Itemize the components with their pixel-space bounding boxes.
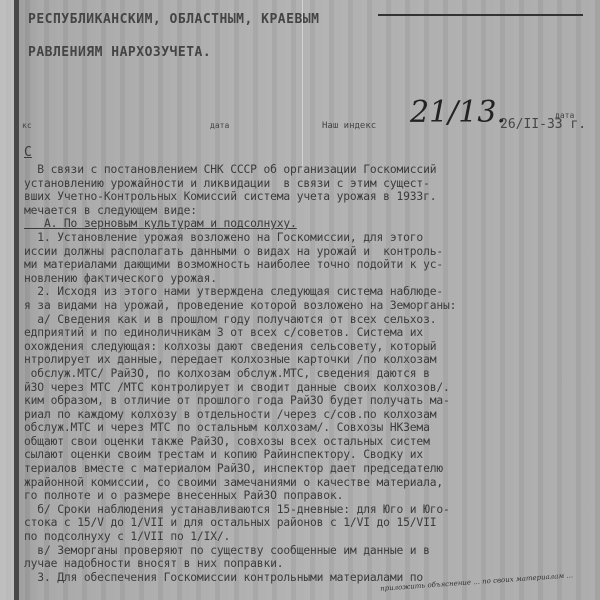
- address-line-1: РЕСПУБЛИКАНСКИМ, ОБЛАСТНЫМ, КРАЕВЫМ: [28, 12, 319, 27]
- body-line: ми материалами дающими возможность наибо…: [24, 258, 600, 272]
- date-label-left: дата: [210, 121, 229, 130]
- body-line: по подсолнуху с 1/VII по 1/IX/.: [24, 530, 600, 544]
- our-index-value: 21/13.: [410, 95, 506, 130]
- body-line: 2. Исходя из этого нами утверждена следу…: [24, 285, 600, 299]
- address-line-2: РАВЛЕНИЯМ НАРХОЗУЧЕТА.: [28, 45, 211, 60]
- body-line: йЗО через МТС /МТС контролирует и сводит…: [24, 381, 600, 395]
- body-line: б/ Сроки наблюдения устанавливаются 15-д…: [24, 503, 600, 517]
- body-line: охождения следующая: колхозы дают сведен…: [24, 340, 600, 354]
- body-line: А. По зерновым культурам и подсолнуху.: [24, 217, 600, 231]
- body-line: общают свои оценки также РайЗО, совхозы …: [24, 435, 600, 449]
- document-body: В связи с постановлением СНК СССР об орг…: [24, 163, 600, 584]
- body-line: лучае надобности вносят в них поправки.: [24, 557, 600, 571]
- our-index-label: Наш индекс: [322, 121, 376, 131]
- body-line: В связи с постановлением СНК СССР об орг…: [24, 163, 600, 177]
- body-line: мечается в следующем виде:: [24, 204, 600, 218]
- body-line: новлению фактического урожая.: [24, 272, 600, 286]
- binding-shadow: [14, 0, 19, 600]
- body-line: а/ Сведения как и в прошлом году получаю…: [24, 313, 600, 327]
- document-date: 26/II-33 г.: [500, 117, 586, 132]
- reference-label: кс: [22, 121, 32, 130]
- body-line: обслуж.МТС/ РайЗО, по колхозам обслуж.МТ…: [24, 367, 600, 381]
- body-line: стока с 15/V до 1/VII и для остальных ра…: [24, 516, 600, 530]
- body-line: иссии должны располагать данными о видах…: [24, 245, 600, 259]
- body-line: сылают оценки своим трестам и копию Райи…: [24, 448, 600, 462]
- body-line: едприятий и по единоличникам 3 от всех с…: [24, 326, 600, 340]
- body-line: вших Учетно-Контрольных Комиссий система…: [24, 190, 600, 204]
- handwritten-underline: [378, 14, 583, 16]
- body-line: ким образом, в отличие от прошлого года …: [24, 394, 600, 408]
- body-line: териалов вместе с материалом РайЗО, инсп…: [24, 462, 600, 476]
- body-line: жрайонной комиссии, со своими замечаниям…: [24, 476, 600, 490]
- body-line: риал по каждому колхозу в отдельности /ч…: [24, 408, 600, 422]
- body-line: го полноте и о размере внесенных РайЗО п…: [24, 489, 600, 503]
- section-mark: С: [24, 145, 32, 160]
- body-line: обслуж.МТС и через МТС по остальным колх…: [24, 421, 600, 435]
- body-line: я за видами на урожай, проведение которо…: [24, 299, 600, 313]
- body-line: 1. Установление урожая возложено на Госк…: [24, 231, 600, 245]
- page-edge: [0, 0, 14, 600]
- body-line: нтролирует их данные, передает колхозные…: [24, 353, 600, 367]
- body-line: установлению урожайности и ликвидации в …: [24, 177, 600, 191]
- body-line: в/ Земорганы проверяют по существу сообщ…: [24, 544, 600, 558]
